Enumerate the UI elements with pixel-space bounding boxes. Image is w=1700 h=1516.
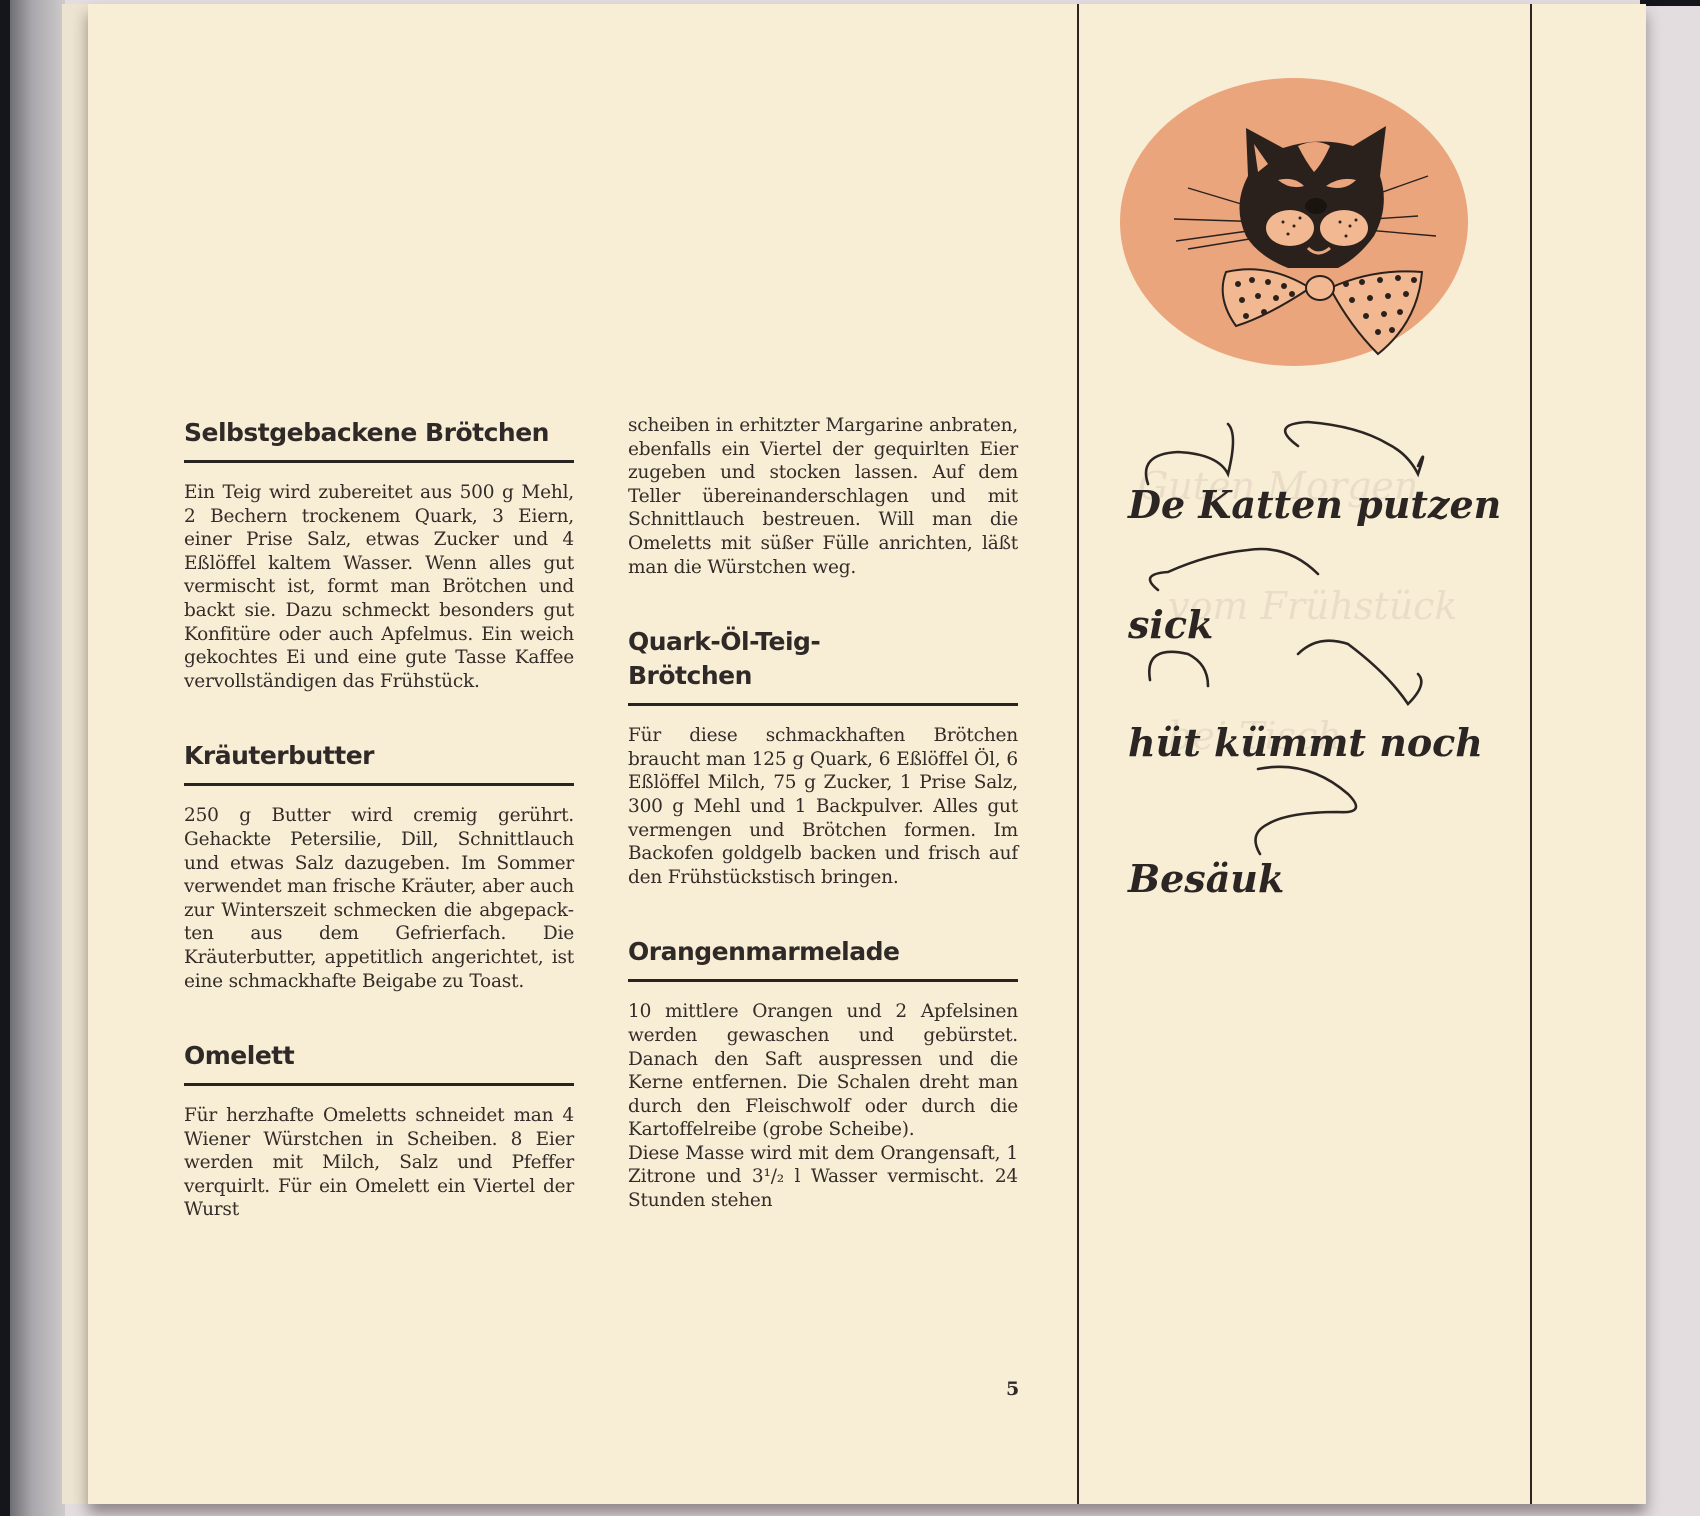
column-divider-right: [1530, 4, 1532, 1504]
recipe-body: Ein Teig wird zubereitet aus 500 g Mehl,…: [184, 481, 574, 693]
scanner-background-strip: [0, 0, 10, 1516]
verse-line-1: De Katten putzen: [1128, 482, 1501, 527]
cat-illustration: [1118, 76, 1470, 368]
recipe-body-continuation: scheiben in erhitzter Margarine anbraten…: [628, 414, 1018, 579]
booklet-page: Selbstgebackene Brötchen Ein Teig wird z…: [88, 4, 1646, 1504]
recipe-body-2: Diese Masse wird mit dem Oran­gensaft, 1…: [628, 1142, 1018, 1213]
recipe-kraeuterbutter: Kräuterbutter 250 g Butter wird cremig g…: [184, 739, 574, 993]
column-divider-left: [1077, 4, 1079, 1504]
text-column-2: scheiben in erhitzter Margarine anbraten…: [628, 414, 1018, 1213]
recipe-selbstgebackene-broetchen: Selbstgebackene Brötchen Ein Teig wird z…: [184, 416, 574, 693]
recipe-quark-oel-teig-broetchen: Quark-Öl-Teig- Brötchen Für diese schmac…: [628, 625, 1018, 889]
verse-line-4: Besäuk: [1128, 856, 1284, 901]
title-rule: [628, 979, 1018, 982]
recipe-body: 250 g Butter wird cremig gerührt. Gehack…: [184, 804, 574, 993]
recipe-title: Orangenmarmelade: [628, 935, 1018, 969]
title-rule: [628, 703, 1018, 706]
scanner-background-corner: [1640, 0, 1700, 6]
recipe-title: Selbstgebackene Brötchen: [184, 416, 574, 450]
verse-line-2: sick: [1128, 602, 1213, 647]
recipe-omelett: Omelett Für herzhafte Omeletts schneidet…: [184, 1039, 574, 1222]
recipe-body: Für herzhafte Omeletts schneidet man 4 W…: [184, 1104, 574, 1222]
title-rule: [184, 460, 574, 463]
text-column-1: Selbstgebackene Brötchen Ein Teig wird z…: [184, 416, 574, 1222]
recipe-title: Omelett: [184, 1039, 574, 1073]
scanner-background-shadow: [10, 0, 65, 1516]
title-rule: [184, 783, 574, 786]
page-number: 5: [1006, 1378, 1019, 1400]
recipe-body: Für diese schmackhaften Brötchen braucht…: [628, 724, 1018, 889]
recipe-orangenmarmelade: Orangenmarmelade 10 mittlere Orangen und…: [628, 935, 1018, 1212]
recipe-body: 10 mittlere Orangen und 2 Apfel­sinen we…: [628, 1000, 1018, 1142]
recipe-title: Quark-Öl-Teig- Brötchen: [628, 625, 1018, 693]
recipe-title-line-2: Brötchen: [628, 661, 752, 690]
recipe-title-line-1: Quark-Öl-Teig-: [628, 627, 820, 656]
recipe-title: Kräuterbutter: [184, 739, 574, 773]
verse-line-3: hüt kümmt noch: [1128, 720, 1483, 765]
title-rule: [184, 1083, 574, 1086]
